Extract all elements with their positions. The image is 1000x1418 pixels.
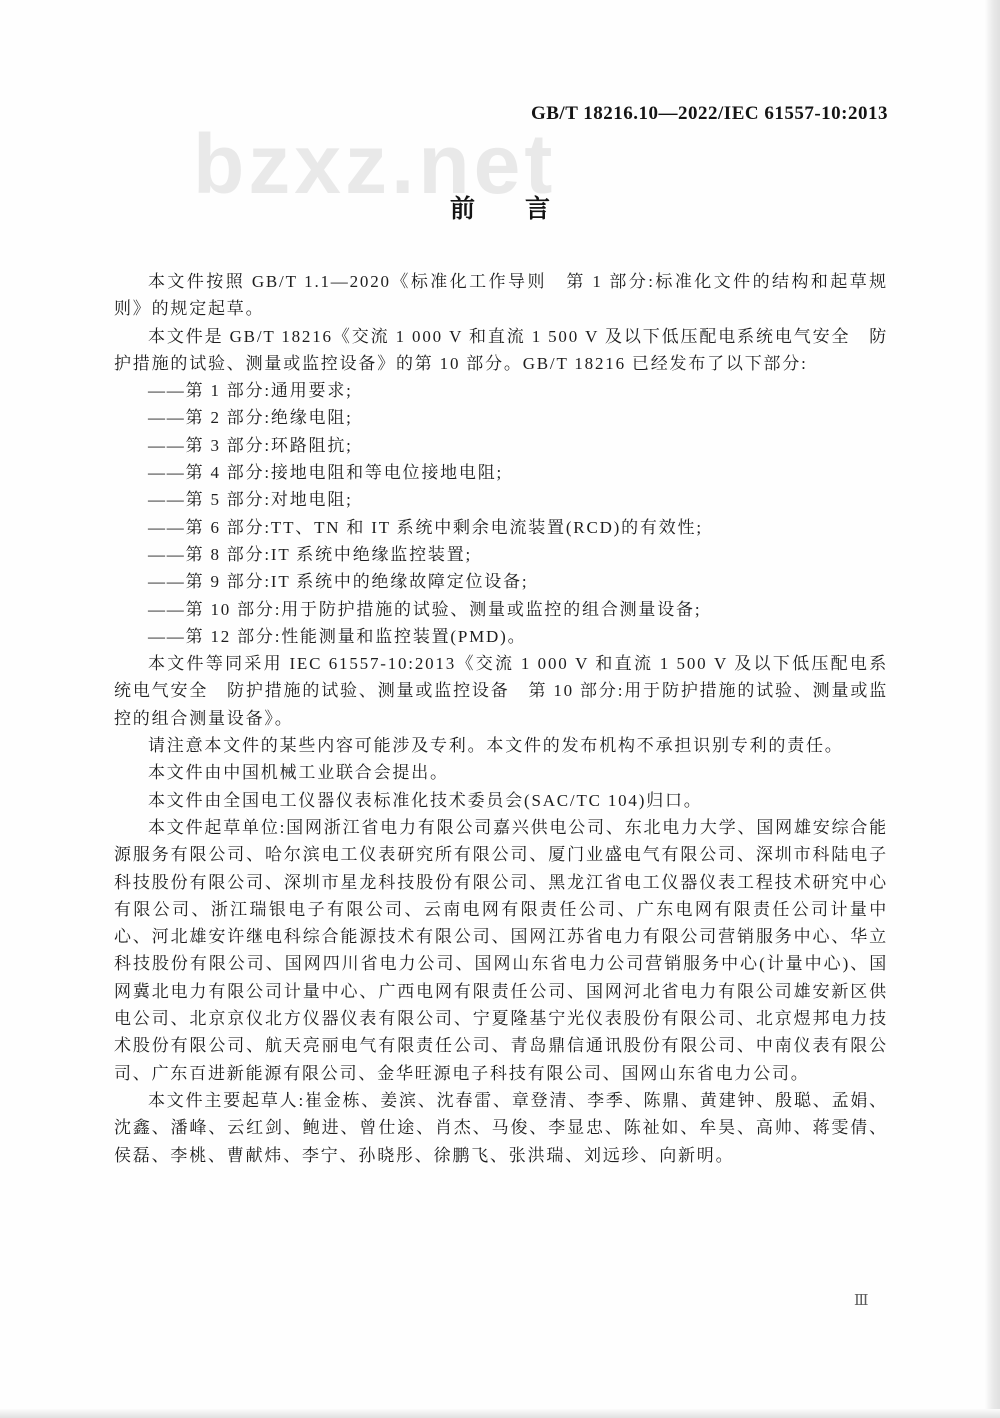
foreword-part-item: ——第 4 部分:接地电阻和等电位接地电阻; [114, 459, 888, 486]
foreword-paragraph-proposer: 本文件由中国机械工业联合会提出。 [114, 759, 888, 786]
document-page: bzxz.net GB/T 18216.10—2022/IEC 61557-10… [0, 0, 1000, 1418]
foreword-part-item: ——第 9 部分:IT 系统中的绝缘故障定位设备; [114, 568, 888, 595]
foreword-paragraph-patent: 请注意本文件的某些内容可能涉及专利。本文件的发布机构不承担识别专利的责任。 [114, 732, 888, 759]
foreword-paragraph-iec-adoption: 本文件等同采用 IEC 61557-10:2013《交流 1 000 V 和直流… [114, 650, 888, 732]
page-number: Ⅲ [854, 1291, 869, 1310]
scan-edge-bottom [0, 1409, 1000, 1418]
foreword-content: 本文件按照 GB/T 1.1—2020《标准化工作导则 第 1 部分:标准化文件… [114, 268, 888, 1169]
foreword-part-item: ——第 5 部分:对地电阻; [114, 486, 888, 513]
foreword-part-item: ——第 8 部分:IT 系统中绝缘监控装置; [114, 541, 888, 568]
foreword-paragraph-drafters: 本文件主要起草人:崔金栋、姜滨、沈春雷、章登清、李季、陈鼎、黄建钟、殷聪、孟娟、… [114, 1087, 888, 1169]
foreword-part-item: ——第 1 部分:通用要求; [114, 377, 888, 404]
foreword-part-item: ——第 3 部分:环路阻抗; [114, 432, 888, 459]
foreword-paragraph-basis: 本文件按照 GB/T 1.1—2020《标准化工作导则 第 1 部分:标准化文件… [114, 268, 888, 323]
foreword-paragraph-drafting-units: 本文件起草单位:国网浙江省电力有限公司嘉兴供电公司、东北电力大学、国网雄安综合能… [114, 814, 888, 1087]
foreword-part-item: ——第 6 部分:TT、TN 和 IT 系统中剩余电流装置(RCD)的有效性; [114, 514, 888, 541]
foreword-paragraph-committee: 本文件由全国电工仪器仪表标准化技术委员会(SAC/TC 104)归口。 [114, 787, 888, 814]
foreword-part-item: ——第 12 部分:性能测量和监控装置(PMD)。 [114, 623, 888, 650]
standard-number: GB/T 18216.10—2022/IEC 61557-10:2013 [531, 103, 888, 125]
page-title: 前 言 [0, 189, 1000, 225]
foreword-part-item: ——第 2 部分:绝缘电阻; [114, 404, 888, 431]
foreword-part-item: ——第 10 部分:用于防护措施的试验、测量或监控的组合测量设备; [114, 596, 888, 623]
scan-edge-right [985, 0, 1000, 1418]
foreword-paragraph-series: 本文件是 GB/T 18216《交流 1 000 V 和直流 1 500 V 及… [114, 323, 888, 378]
